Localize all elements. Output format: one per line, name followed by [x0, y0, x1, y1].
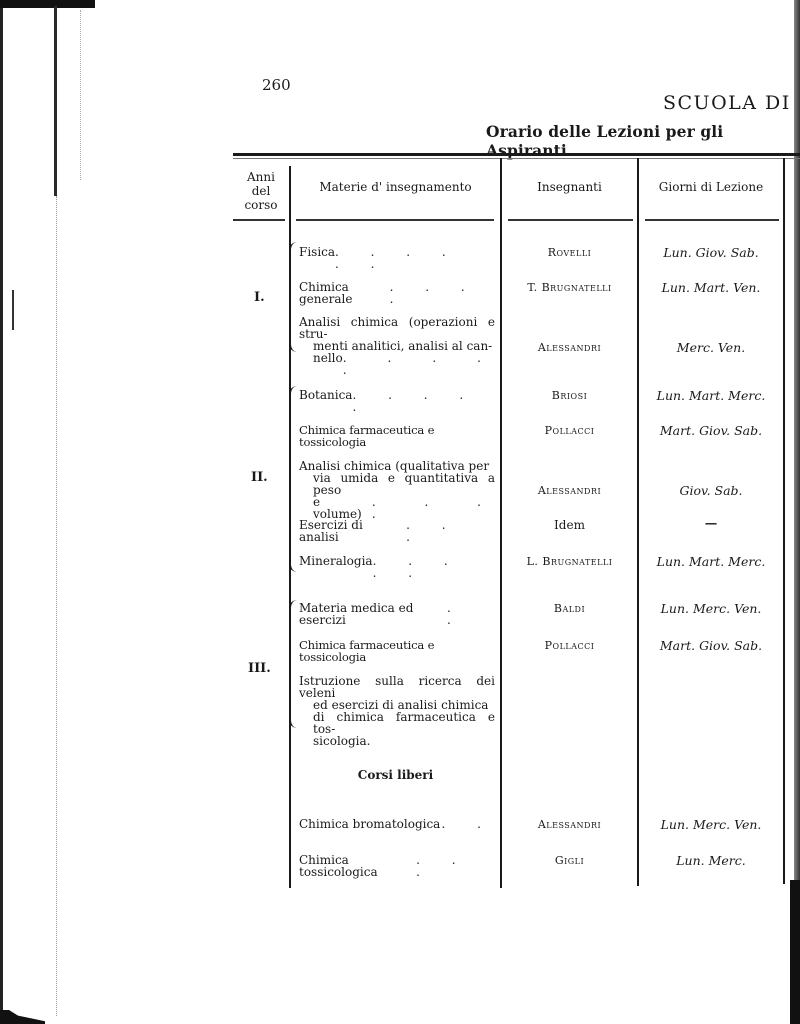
- leader-dots: . . . . .: [343, 352, 495, 376]
- days-cell: Lun. Giov. Sab.: [639, 245, 783, 260]
- brace-year-3: [289, 600, 299, 728]
- subject-text: Chimica farmaceutica e tossicologia: [299, 424, 495, 448]
- subject-text: Esercizi di analisi: [299, 519, 406, 543]
- days-cell: Lun. Merc. Ven.: [639, 601, 783, 616]
- teacher-cell: Alessandri: [502, 484, 637, 497]
- subject-cell: Chimica bromatologica. .: [299, 818, 495, 830]
- subject-text: Chimica generale: [299, 281, 390, 305]
- scan-edge-left: [0, 0, 3, 1024]
- subject-cell: Mineralogia. . . . .: [299, 555, 495, 579]
- year-label-3: III.: [248, 661, 271, 676]
- running-head: SCUOLA DI: [663, 92, 791, 114]
- section-corsi-liberi: Corsi liberi: [291, 768, 500, 782]
- days-cell: Lun. Merc. Ven.: [639, 817, 783, 832]
- subject-text: via umida e quantitativa a peso: [299, 472, 495, 496]
- subject-text: Chimica bromatologica: [299, 818, 440, 830]
- teacher-cell: Gigli: [502, 854, 637, 867]
- table-top-rule: [233, 153, 800, 156]
- days-cell: —: [639, 515, 783, 530]
- subject-text: Istruzione sulla ricerca dei veleni: [299, 675, 495, 699]
- subject-text: Fisica: [299, 246, 335, 270]
- subject-text: Chimica farmaceutica e tossicologia: [299, 639, 495, 663]
- leader-dots: . .: [442, 818, 495, 830]
- teacher-cell: Baldi: [502, 602, 637, 615]
- scan-edge-right-lower: [790, 880, 800, 1024]
- subject-cell: Chimica generale. . . .: [299, 281, 495, 305]
- year-label-2: II.: [251, 470, 268, 485]
- page-number: 260: [262, 76, 291, 94]
- teacher-cell: Rovelli: [502, 246, 637, 259]
- subject-cell: Chimica tossicologica. . .: [299, 854, 495, 878]
- header-underline: [296, 219, 494, 221]
- subject-cell: Fisica. . . . . .: [299, 246, 495, 270]
- header-underline: [233, 219, 285, 221]
- days-cell: Giov. Sab.: [639, 483, 783, 498]
- brace-year-1: [289, 242, 299, 352]
- leader-dots: . . . . .: [373, 555, 495, 579]
- subject-cell: Materia medica ed esercizi. .: [299, 602, 495, 626]
- subject-text: Botanica: [299, 389, 352, 413]
- header-anni-del-corso: Anni del corso: [233, 170, 289, 212]
- leader-dots: . . . .: [372, 496, 495, 520]
- days-cell: Lun. Mart. Ven.: [639, 280, 783, 295]
- teacher-cell: Idem: [502, 518, 637, 532]
- subject-cell: Botanica. . . . .: [299, 389, 495, 413]
- scan-dotted-margin: [80, 10, 82, 180]
- leader-dots: . . . . . .: [335, 246, 495, 270]
- teacher-cell: Alessandri: [502, 341, 637, 354]
- teacher-cell: T. Brugnatelli: [502, 281, 637, 294]
- days-cell: Lun. Merc.: [639, 853, 783, 868]
- subject-cell: Chimica farmaceutica e tossicologia: [299, 424, 495, 448]
- header-underline: [645, 219, 779, 221]
- header-anni-line: corso: [233, 198, 289, 212]
- subject-text: Mineralogia: [299, 555, 373, 579]
- leader-dots: . .: [447, 602, 495, 626]
- scan-edge-top-left: [0, 0, 95, 8]
- subject-cell: Analisi chimica (operazioni e stru- ment…: [299, 316, 495, 376]
- scan-binding-line: [54, 6, 57, 196]
- scan-dotted-margin: [56, 196, 59, 1016]
- subject-text: nello: [313, 352, 343, 376]
- leader-dots: . . .: [406, 519, 495, 543]
- subject-cell: Analisi chimica (qualitativa per via umi…: [299, 460, 495, 520]
- leader-dots: . . . .: [390, 281, 495, 305]
- subject-text: Analisi chimica (operazioni e stru-: [299, 316, 495, 340]
- leader-dots: . . . . .: [352, 389, 495, 413]
- subject-text: e volume): [313, 496, 372, 520]
- days-cell: Lun. Mart. Merc.: [639, 388, 783, 403]
- teacher-cell: Briosi: [502, 389, 637, 402]
- subject-text: Chimica tossicologica: [299, 854, 416, 878]
- teacher-cell: Pollacci: [502, 639, 637, 652]
- scan-mark: [12, 290, 14, 330]
- header-anni-line: del: [233, 184, 289, 198]
- leader-dots: . . .: [416, 854, 495, 878]
- subject-cell: Esercizi di analisi. . .: [299, 519, 495, 543]
- year-label-1: I.: [254, 290, 265, 305]
- days-cell: Mart. Giov. Sab.: [639, 638, 783, 653]
- teacher-cell: Alessandri: [502, 818, 637, 831]
- subject-cell: Chimica farmaceutica e tossicologia: [299, 639, 495, 663]
- subject-text: Materia medica ed esercizi: [299, 602, 447, 626]
- header-anni-line: Anni: [233, 170, 289, 184]
- header-giorni: Giorni di Lezione: [639, 180, 783, 194]
- days-cell: Lun. Mart. Merc.: [639, 554, 783, 569]
- teacher-cell: Pollacci: [502, 424, 637, 437]
- subject-cell: Istruzione sulla ricerca dei veleni ed e…: [299, 675, 495, 747]
- header-materie: Materie d' insegnamento: [291, 180, 500, 194]
- subject-text: sicologia.: [299, 735, 495, 747]
- days-cell: Merc. Ven.: [639, 340, 783, 355]
- teacher-cell: L. Brugnatelli: [502, 555, 637, 568]
- header-insegnanti: Insegnanti: [502, 180, 637, 194]
- header-underline: [508, 219, 633, 221]
- column-divider: [783, 158, 785, 884]
- table-top-rule-thin: [233, 158, 800, 159]
- brace-year-2: [289, 386, 299, 572]
- scan-corner-bottom-left: [0, 1010, 45, 1024]
- days-cell: Mart. Giov. Sab.: [639, 423, 783, 438]
- subject-text: di chimica farmaceutica e tos-: [299, 711, 495, 735]
